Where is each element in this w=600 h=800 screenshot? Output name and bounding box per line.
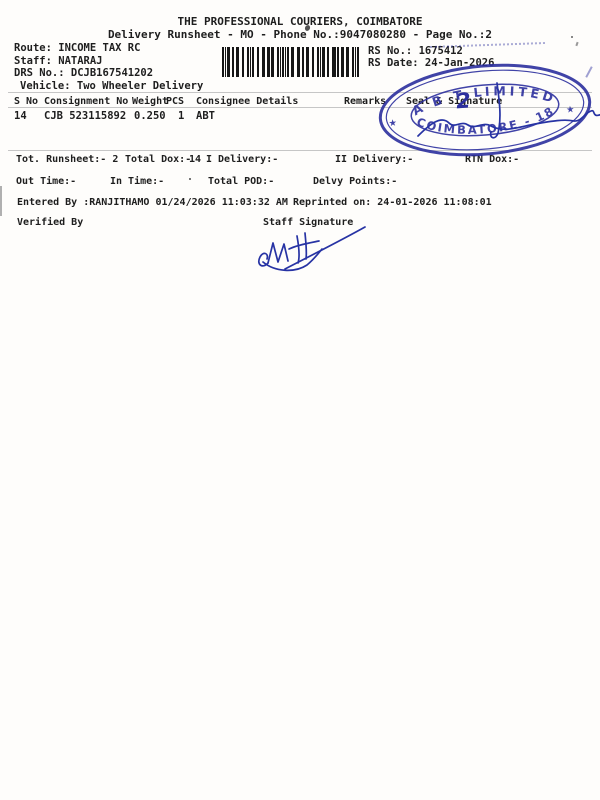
- scan-speck: [571, 36, 573, 38]
- staff-signature-crossbar: [289, 241, 319, 249]
- stamp-signature: [418, 111, 600, 136]
- stamp-signature-vertical-stroke: [491, 83, 500, 138]
- pen-signatures-layer: 2: [0, 0, 600, 800]
- staff-signature-underline: [263, 249, 322, 270]
- staff-signature-diagonal: [285, 227, 365, 269]
- scan-speck: [189, 178, 191, 180]
- stamp-handwritten-number: 2: [455, 88, 471, 113]
- scan-edge-artifact: [0, 186, 2, 216]
- delivery-runsheet-document: THE PROFESSIONAL COURIERS, COIMBATORE De…: [0, 0, 600, 800]
- staff-signature-scrawl: [268, 243, 288, 263]
